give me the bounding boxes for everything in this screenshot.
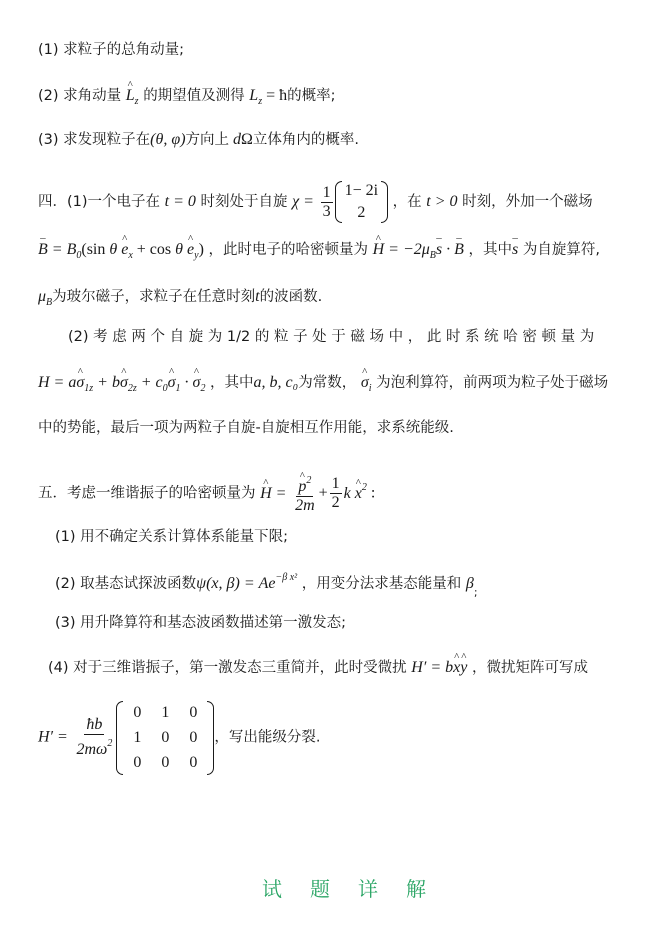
question-3-part-3: (3) 求发现粒子在(θ, φ)方向上 dΩ立体角内的概率. xyxy=(38,130,359,150)
question-5-part-1: (1) 用不确定关系计算体系能量下限; xyxy=(55,527,288,547)
question-4-part-1-line-3: μB为玻尔磁子，求粒子在任意时刻t的波函数. xyxy=(38,287,322,313)
question-5-intro: 五．考虑一维谐振子的哈密顿量为 H = p22m+12k x2 : xyxy=(38,472,375,515)
fraction: p22m xyxy=(293,472,317,515)
question-5-part-4: (4) 对于三维谐振子，第一激发态三重简并，此时受微扰 H′ = bxy ，微扰… xyxy=(48,658,588,678)
question-4-part-1-line-1: 四．(1)一个电子在 t = 0 时刻处于自旋 χ = 131− 2i2 ，在 … xyxy=(38,180,593,224)
spinor-vector: 1− 2i2 xyxy=(345,180,378,224)
matrix: 010100000 xyxy=(123,700,207,775)
perturbation-matrix-equation: H′ = ħb2mω2010100000，写出能级分裂. xyxy=(38,700,320,775)
question-5-part-2: (2) 取基态试探波函数ψ(x, β) = Ae−β x² ，用变分法求基态能量… xyxy=(55,568,478,603)
question-5-part-3: (3) 用升降算符和基态波函数描述第一激发态; xyxy=(55,613,346,633)
question-4-part-2-line-3: 中的势能，最后一项为两粒子自旋-自旋相互作用能，求系统能级. xyxy=(38,418,454,438)
matrix-cell: 1 xyxy=(123,725,151,750)
fraction: 12 xyxy=(330,475,342,512)
question-4-part-1-line-2: B = B0(sin θ ex + cos θ ey) ，此时电子的哈密顿量为 … xyxy=(38,240,600,266)
detailed-solution-heading: 试题详解 xyxy=(0,873,660,902)
matrix-cell: 0 xyxy=(151,750,179,775)
fraction: ħb2mω2 xyxy=(74,716,114,759)
question-3-part-2: (2) 求角动量 Lz 的期望值及测得 Lz = ħ的概率; xyxy=(38,86,336,112)
matrix-cell: 0 xyxy=(123,700,151,725)
matrix-cell: 1 xyxy=(151,700,179,725)
matrix-cell: 0 xyxy=(179,750,207,775)
question-3-part-1: (1) 求粒子的总角动量; xyxy=(38,40,184,60)
question-4-part-2-line-2: H = aσ1z + bσ2z + c0σ1 · σ2 ，其中a, b, c₀为… xyxy=(38,373,608,399)
question-4-part-2-line-1: (2) 考 虑 两 个 自 旋 为 1/2 的 粒 子 处 于 磁 场 中 ， … xyxy=(68,327,594,347)
matrix-cell: 0 xyxy=(123,750,151,775)
matrix-cell: 0 xyxy=(179,700,207,725)
matrix-cell: 0 xyxy=(151,725,179,750)
matrix-cell: 0 xyxy=(179,725,207,750)
fraction: 13 xyxy=(321,184,333,221)
